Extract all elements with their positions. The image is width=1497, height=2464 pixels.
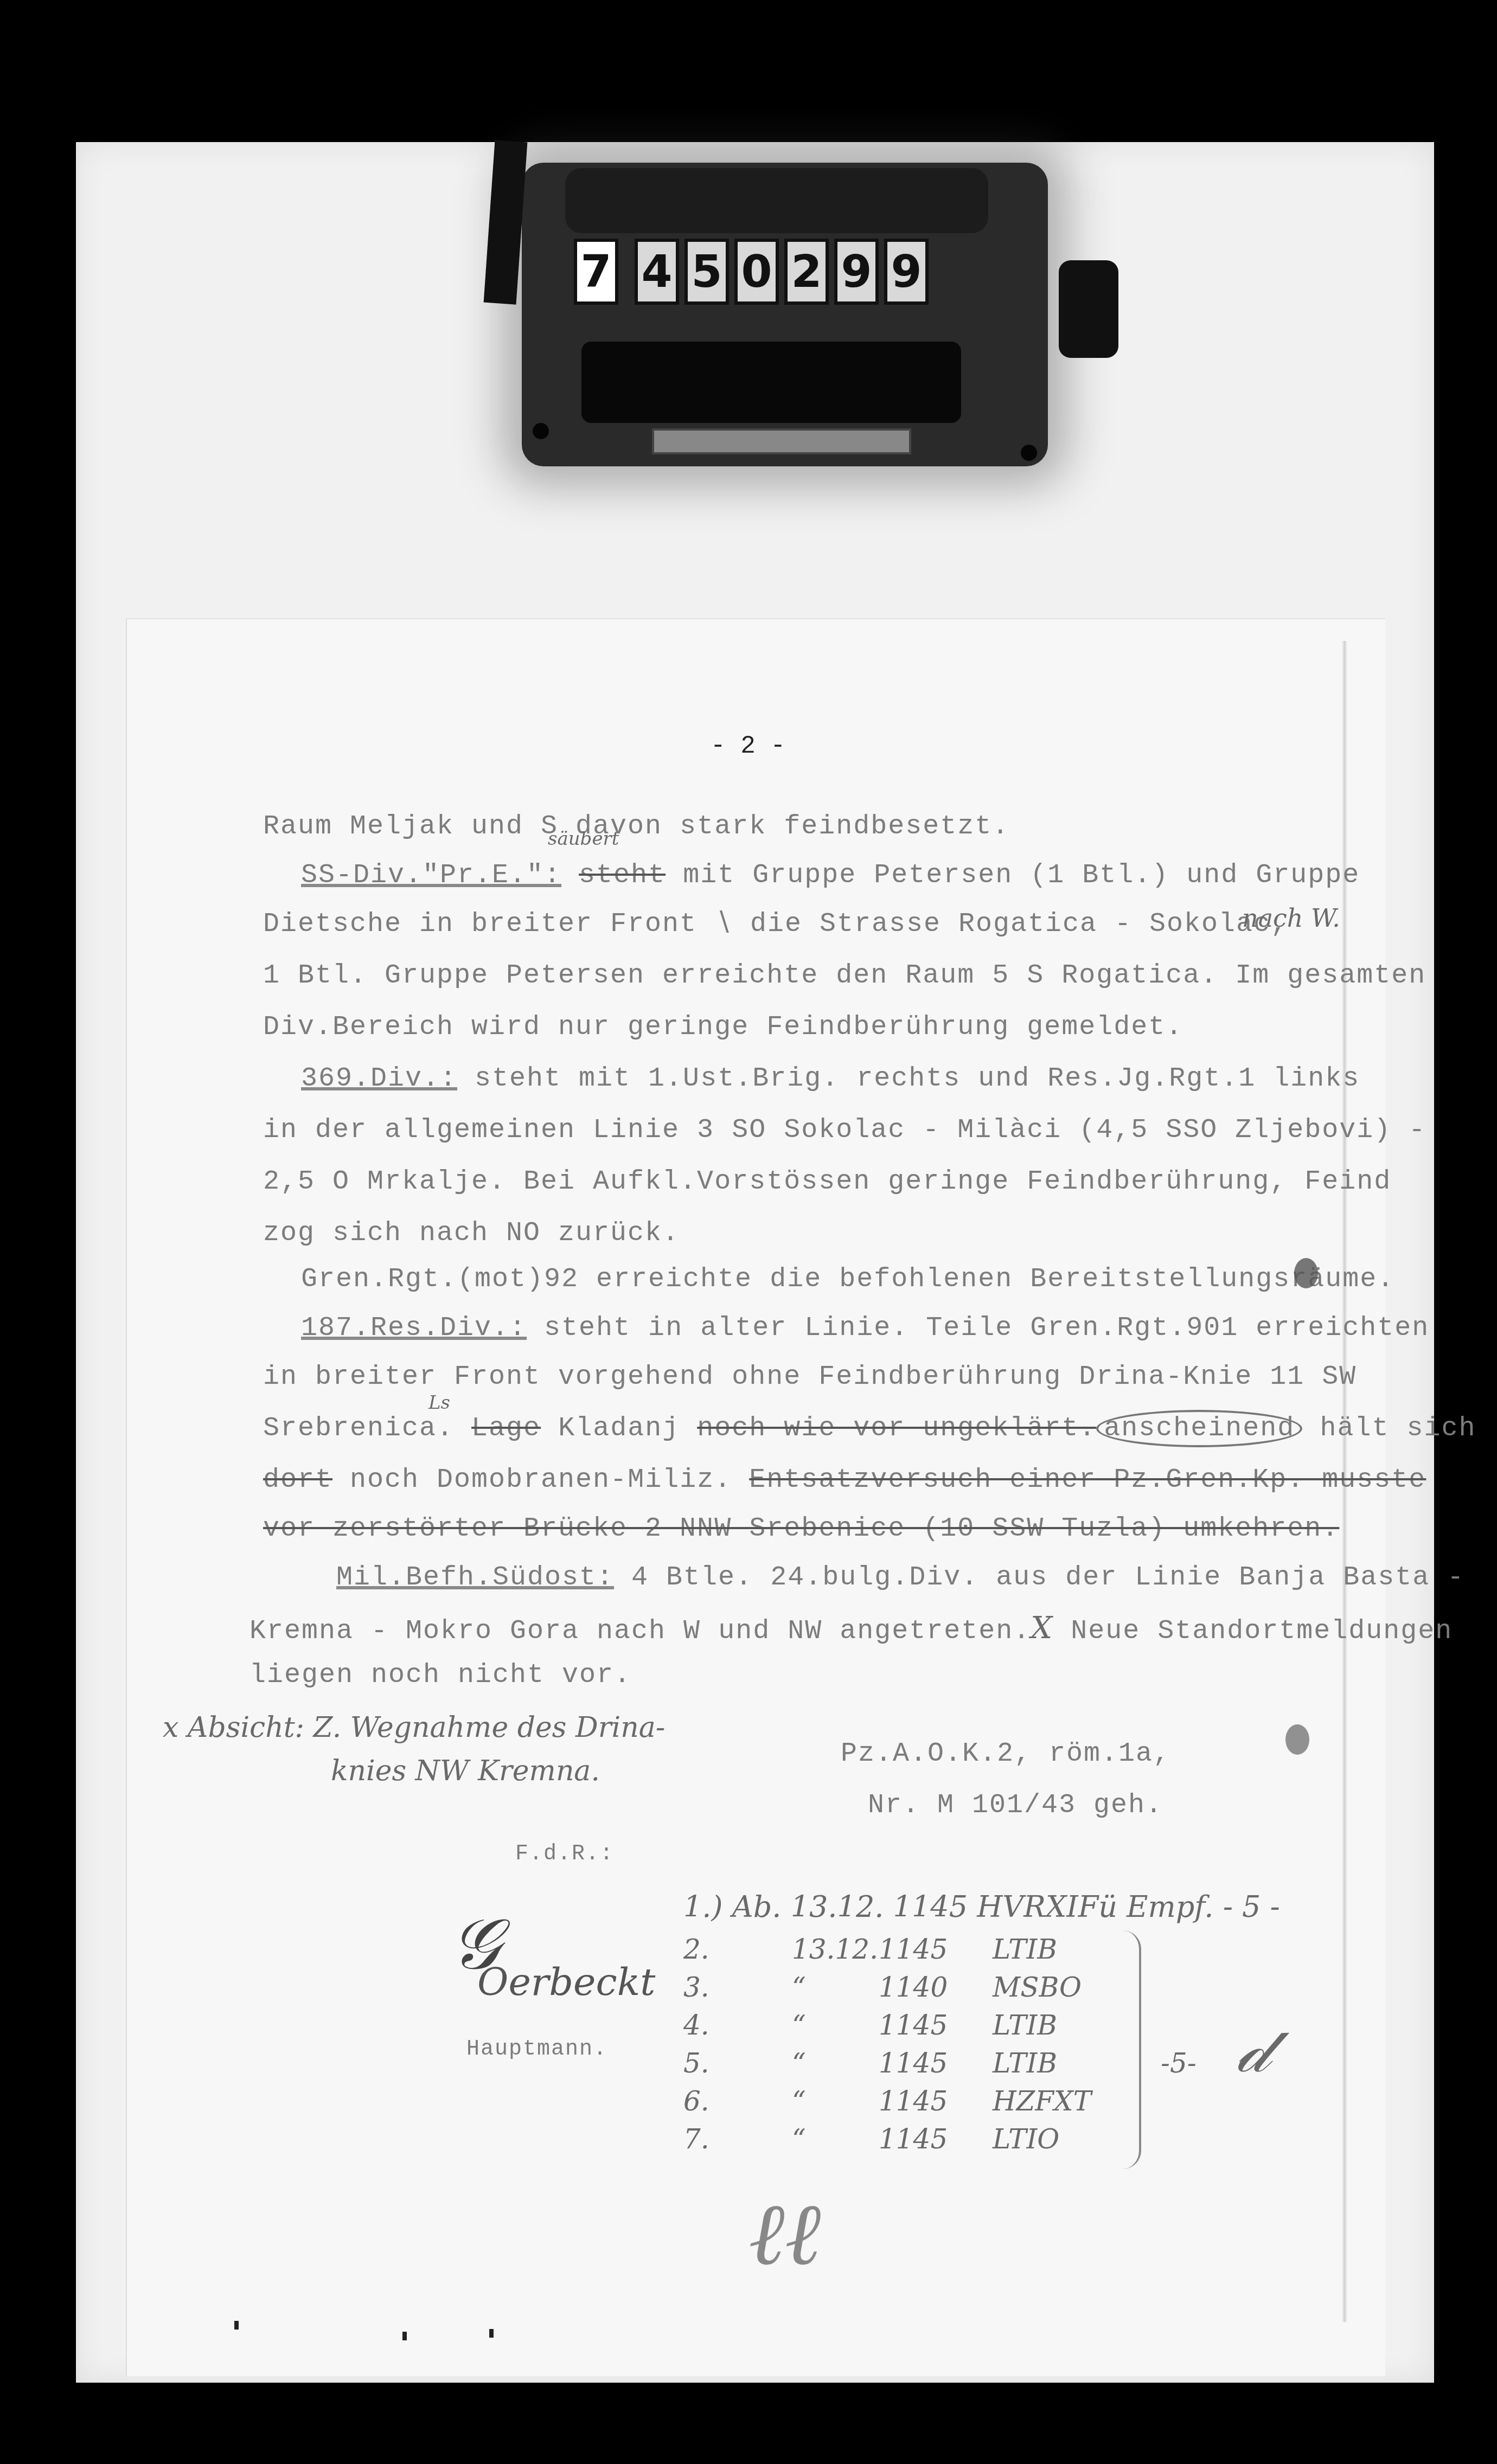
punch-hole xyxy=(1285,1724,1309,1755)
text: 4 Btle. 24.bulg.Div. aus der Linie Banja… xyxy=(631,1562,1464,1593)
text-line: liegen noch nicht vor. xyxy=(250,1662,631,1689)
log-cell: “ xyxy=(792,2012,806,2039)
counter-digit: 7 xyxy=(574,239,618,305)
text-line: zog sich nach NO zurück. xyxy=(263,1220,680,1247)
res-div-187-line3: Srebrenica. Lage Kladanj noch wie vor un… xyxy=(263,1415,1476,1442)
text-line: in breiter Front vorgehend ohne Feindber… xyxy=(263,1364,1357,1391)
log-cell: LTIB xyxy=(993,1936,1057,1963)
log-cell: 1145 xyxy=(879,2012,948,2039)
res-div-187-line4: dort noch Domobranen-Miliz. Entsatzversu… xyxy=(263,1467,1426,1494)
mil-befh-line2: Kremna - Mokro Gora nach W und NW angetr… xyxy=(250,1613,1453,1645)
insertion-mark: X xyxy=(1031,1610,1053,1646)
rank-label: Hauptmann. xyxy=(466,2039,607,2061)
text: noch Domobranen-Miliz. xyxy=(350,1465,732,1496)
brace-note: -5- xyxy=(1161,2050,1197,2077)
section-heading: SS-Div."Pr.E.": xyxy=(301,860,561,891)
section-heading: Mil.Befh.Südost: xyxy=(336,1562,614,1593)
log-cell: MSBO xyxy=(993,1974,1082,2001)
page-counter-device: 7 4 5 0 2 9 9 xyxy=(522,163,1048,466)
section-heading: 369.Div.: xyxy=(301,1063,457,1094)
log-cell: “ xyxy=(792,2126,806,2153)
struck-text: Entsatzversuch einer Pz.Gren.Kp. musste xyxy=(749,1465,1426,1496)
log-cell: 5. xyxy=(683,2050,709,2077)
struck-text: Lage xyxy=(471,1413,541,1444)
speck xyxy=(234,2321,239,2330)
text: steht mit 1.Ust.Brig. rechts und Res.Jg.… xyxy=(475,1063,1360,1094)
handwritten-insertion: Ls xyxy=(428,1394,450,1412)
struck-text: dort xyxy=(263,1465,332,1496)
ss-div-line: SS-Div."Pr.E.": steht mit Gruppe Peterse… xyxy=(301,862,1360,889)
screw-icon xyxy=(533,423,549,439)
log-cell: 2. xyxy=(683,1936,709,1963)
log-cell: “ xyxy=(792,2050,806,2077)
counter-digit: 4 xyxy=(635,239,679,305)
counter-plate xyxy=(652,428,911,454)
section-heading: 187.Res.Div.: xyxy=(301,1313,527,1344)
handwritten-insertion: säubert xyxy=(548,830,619,848)
log-cell: “ xyxy=(792,2088,806,2115)
sender-office: Pz.A.O.K.2, röm.1a, xyxy=(841,1741,1170,1768)
initials: ℓℓ xyxy=(748,2191,821,2277)
log-cell: 1145 xyxy=(879,2088,948,2115)
log-cell: HZFXT xyxy=(993,2088,1091,2115)
mil-befh-line: Mil.Befh.Südost: 4 Btle. 24.bulg.Div. au… xyxy=(336,1564,1464,1592)
margin-note: knies NW Kremna. xyxy=(331,1757,600,1785)
struck-text: vor zerstörter Brücke 2 NNW Srebenice (1… xyxy=(263,1513,1339,1544)
speck xyxy=(489,2329,494,2338)
text-line: Div.Bereich wird nur geringe Feindberühr… xyxy=(263,1014,1183,1041)
text-line: 1 Btl. Gruppe Petersen erreichte den Rau… xyxy=(263,963,1426,990)
text-line: 2,5 O Mrkalje. Bei Aufkl.Vorstössen geri… xyxy=(263,1169,1391,1196)
log-cell: LTIO xyxy=(993,2126,1059,2153)
log-cell: 7. xyxy=(683,2126,709,2153)
log-cell: 3. xyxy=(683,1974,709,2001)
page-number: - 2 - xyxy=(711,732,785,760)
reference-number: Nr. M 101/43 geh. xyxy=(868,1792,1163,1819)
circled-word: anscheinend xyxy=(1096,1410,1302,1447)
fdr-label: F.d.R.: xyxy=(515,1844,614,1865)
text: steht in alter Linie. Teile Gren.Rgt.901… xyxy=(544,1313,1429,1344)
text-line: in der allgemeinen Linie 3 SO Sokolac - … xyxy=(263,1117,1426,1144)
counter-digit: 9 xyxy=(834,239,879,305)
text-line: Raum Meljak und S davon stark feindbeset… xyxy=(263,813,1009,840)
text: Srebrenica. xyxy=(263,1413,454,1444)
div-369-line: 369.Div.: steht mit 1.Ust.Brig. rechts u… xyxy=(301,1066,1360,1093)
text: mit Gruppe Petersen (1 Btl.) und Gruppe xyxy=(683,860,1360,891)
counter-slot xyxy=(581,342,961,423)
text: hält sich xyxy=(1320,1413,1476,1444)
text: Neue Standortmeldungen xyxy=(1071,1616,1453,1647)
struck-text: steht xyxy=(579,860,666,891)
initials: 𝒹 xyxy=(1237,2017,1270,2082)
text: Kremna - Mokro Gora nach W und NW angetr… xyxy=(250,1616,1031,1647)
signature: Oerbeckt xyxy=(477,1963,655,2001)
log-cell: “ xyxy=(792,1974,806,2001)
counter-digit-row: 7 4 5 0 2 9 9 xyxy=(574,239,929,305)
counter-digit: 5 xyxy=(684,239,729,305)
handwritten-addition: nach W. xyxy=(1242,906,1340,931)
text-line: Dietsche in breiter Front ∖ die Strasse … xyxy=(263,911,1288,938)
margin-note: x Absicht: Z. Wegnahme des Drina- xyxy=(163,1714,665,1742)
counter-housing-top xyxy=(565,168,988,233)
log-cell: LTIB xyxy=(993,2012,1057,2039)
res-div-187-line: 187.Res.Div.: steht in alter Linie. Teil… xyxy=(301,1315,1429,1342)
speck xyxy=(402,2332,407,2340)
log-cell: 4. xyxy=(683,2012,709,2039)
res-div-187-line5: vor zerstörter Brücke 2 NNW Srebenice (1… xyxy=(263,1516,1339,1543)
log-header: 1.) Ab. 13.12. 1145 HVRXIFü Empf. - 5 - xyxy=(683,1892,1280,1922)
brace xyxy=(1123,1930,1141,2169)
log-cell: 6. xyxy=(683,2088,709,2115)
text: Kladanj xyxy=(558,1413,680,1444)
struck-text: noch wie vor ungeklärt. xyxy=(697,1413,1096,1444)
counter-digit: 2 xyxy=(784,239,829,305)
log-cell: 1145 xyxy=(879,2050,948,2077)
log-cell: 1145 xyxy=(879,1936,948,1963)
log-cell: LTIB xyxy=(993,2050,1057,2077)
counter-knob xyxy=(1059,260,1118,358)
ink-spot xyxy=(1294,1258,1318,1288)
log-cell: 1145 xyxy=(879,2126,948,2153)
log-cell: 13.12. xyxy=(792,1936,878,1963)
screw-icon xyxy=(1021,445,1037,461)
log-cell: 1140 xyxy=(879,1974,948,2001)
counter-digit: 0 xyxy=(734,239,779,305)
text-line: Gren.Rgt.(mot)92 erreichte die befohlene… xyxy=(301,1266,1394,1293)
counter-digit: 9 xyxy=(884,239,929,305)
